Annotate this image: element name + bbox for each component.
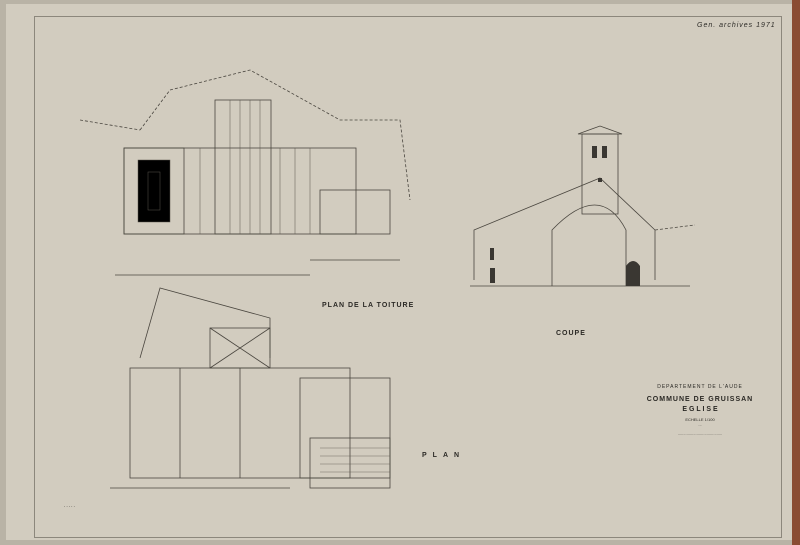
subtitle-text: ... — [640, 422, 760, 427]
floor-plan-drawing — [90, 278, 410, 503]
department-text: DEPARTEMENT DE L'AUDE — [640, 384, 760, 390]
title-block: DEPARTEMENT DE L'AUDE COMMUNE DE GRUISSA… — [640, 384, 760, 436]
floor-plan-label: PLAN — [422, 452, 465, 459]
section-label: COUPE — [556, 330, 586, 337]
frame-edge — [792, 0, 800, 545]
footer-text: ........................................ — [640, 431, 760, 436]
section-drawing — [470, 120, 700, 290]
reference-note: Gen. archives 1971 — [697, 22, 776, 29]
corner-note: ..... — [64, 503, 76, 509]
commune-text: COMMUNE DE GRUISSAN — [640, 396, 760, 403]
roof-plan-drawing — [80, 60, 420, 280]
building-text: E G L I S E — [640, 406, 760, 413]
